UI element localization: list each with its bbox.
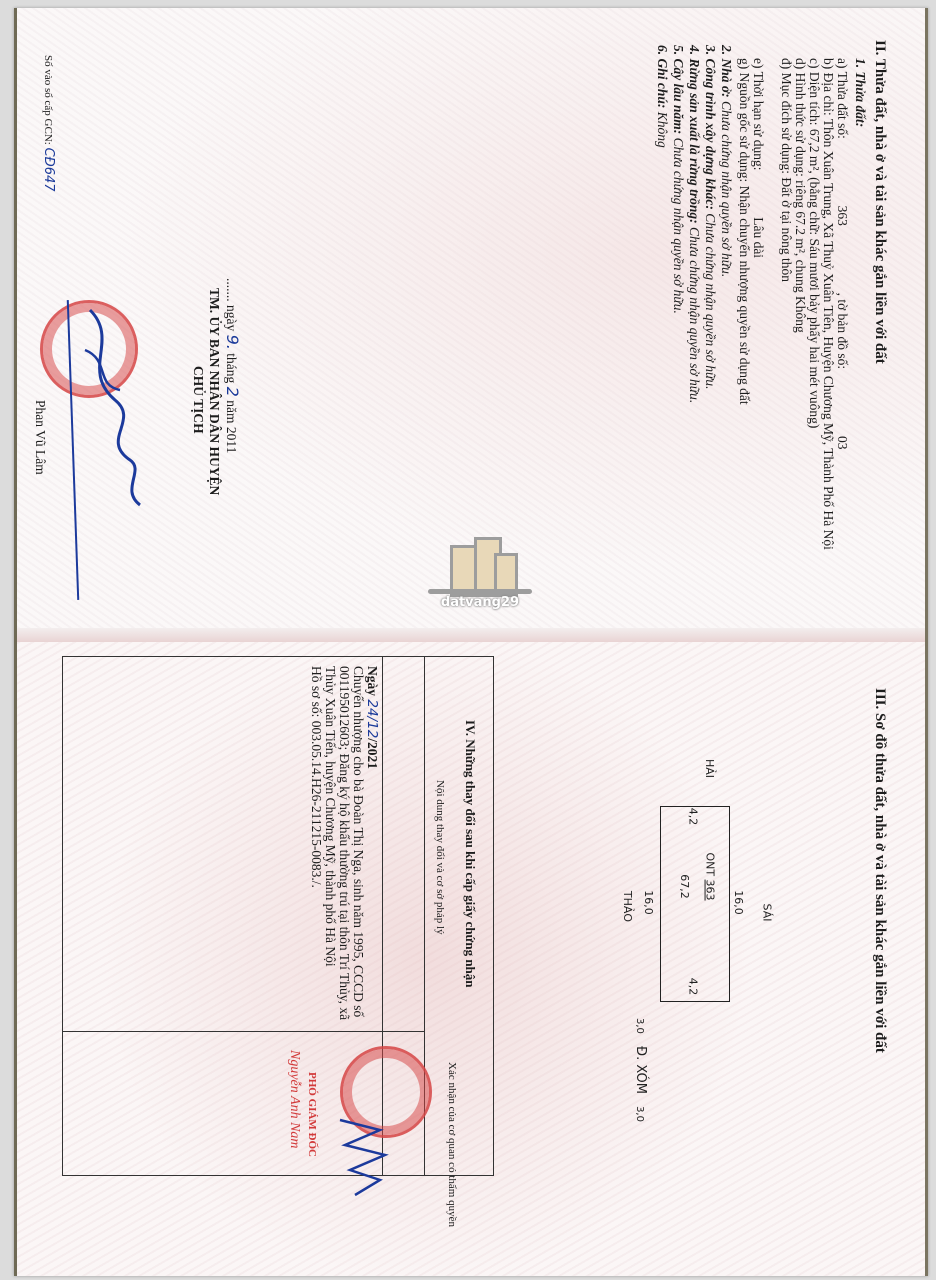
changes-col-header: Nội dung thay đổi và cơ sở pháp lý (434, 780, 446, 935)
section-iv-title: IV. Những thay đổi sau khi cấp giấy chứn… (462, 720, 478, 988)
usage-origin-value: Nhận chuyển nhượng quyền sử dụng đất (737, 186, 752, 405)
issue-month: 2 (223, 387, 242, 397)
section-iii-title: III. Sơ đồ thửa đất, nhà ở và tài sản kh… (871, 688, 888, 1053)
side-top-length: 4,2 (686, 808, 699, 826)
road-width-right: 3,0 (634, 1106, 645, 1122)
perennial-label: 5. Cây lâu năm: (671, 45, 686, 134)
change-line-2: 001195012603; Đăng ký hộ khẩu thường trú… (337, 666, 352, 1020)
change-line-1: Chuyển nhượng cho bà Đoàn Thị Nga, sinh … (351, 666, 366, 1017)
note-label: 6. Ghi chú: (655, 45, 670, 108)
forest-label: 4. Rừng sản xuất là rừng trồng: (687, 45, 702, 224)
issue-day: 9. (223, 335, 242, 350)
map-sheet-value: 03 (835, 436, 850, 450)
address-row: b) Địa chỉ: Thôn Xuân Trung, Xã Thuỷ Xuâ… (821, 58, 836, 550)
road-width-left: 3,0 (634, 1018, 645, 1034)
confirm-col-header: Xác nhận của cơ quan có thẩm quyền (446, 1062, 458, 1227)
watermark-text: datvang29 (426, 595, 534, 610)
forest-row: 4. Rừng sản xuất là rừng trồng: Chưa chứ… (687, 45, 702, 403)
road-label: 3,0 Đ. XÓM 3,0 (633, 1018, 648, 1122)
usage-term-label: e) Thời hạn sử dụng: (751, 58, 766, 170)
change-date-hand: 24/12 (364, 699, 380, 738)
side-right-length: 16,0 (732, 890, 745, 915)
parcel-diagram (660, 806, 730, 1002)
house-row: 2. Nhà ở: Chưa chứng nhận quyền sở hữu. (719, 45, 734, 277)
registry-row: Số vào sổ cấp GCN: CĐ647 (41, 55, 56, 192)
signer-name: Phan Vũ Lâm (33, 400, 48, 475)
parcel-number-value: 363 (835, 206, 850, 226)
signature-deputy-director (330, 1110, 410, 1210)
construction-row: 3. Công trình xây dựng khác: Chưa chứng … (703, 45, 718, 390)
datvang29-watermark: datvang29 (420, 535, 540, 625)
construction-label: 3. Công trình xây dựng khác: (703, 45, 718, 210)
note-value: Không (655, 112, 670, 148)
usage-origin-label: g) Nguồn gốc sử dụng: (737, 58, 752, 182)
parcel-area: 67,2 (678, 874, 691, 899)
house-value: Chưa chứng nhận quyền sở hữu. (719, 101, 734, 277)
side-bottom-length: 4,2 (686, 978, 699, 996)
area-row: c) Diện tích: 67,2 m², (bằng chữ: Sáu mư… (807, 58, 822, 428)
neighbor-east: SÁI (760, 904, 773, 922)
change-date-year: /2021 (365, 738, 380, 769)
change-date-label: Ngày (365, 666, 380, 696)
month-label: tháng (224, 353, 239, 383)
address-value: Thôn Xuân Trung, Xã Thuỷ Xuân Tiên, Huyệ… (821, 119, 836, 550)
road-name: Đ. XÓM (633, 1046, 648, 1094)
neighbor-north: HẢI (703, 759, 716, 778)
section-ii-title: II. Thửa đất, nhà ở và tài sản khác gắn … (871, 40, 888, 364)
registry-label: Số vào sổ cấp GCN: (42, 55, 54, 145)
registry-value: CĐ647 (41, 148, 56, 192)
change-line-3: Thủy Xuân Tiến, huyện Chương Mỹ, thành p… (323, 666, 338, 967)
sub1-title: 1. Thửa đất: (853, 58, 868, 127)
house-label: 2. Nhà ở: (719, 45, 734, 98)
construction-value: Chưa chứng nhận quyền sở hữu. (703, 213, 718, 389)
change-date: Ngày 24/12/2021 (365, 666, 380, 769)
usage-purpose-row: đ) Mục đích sử dụng: Đất ở tại nông thôn (779, 58, 794, 282)
issue-date: ....... ngày 9. tháng 2 năm 2011 (225, 278, 240, 453)
address-label: b) Địa chỉ: (821, 58, 836, 116)
parcel-code: ONT 363 (704, 852, 717, 900)
confirm-title: PHÓ GIÁM ĐỐC (306, 1072, 318, 1157)
usage-term-value: Lâu dài (751, 217, 766, 258)
usage-term-row: e) Thời hạn sử dụng: Lâu dài (751, 58, 766, 258)
usage-origin-row: g) Nguồn gốc sử dụng: Nhận chuyển nhượng… (737, 58, 752, 405)
year-label: năm 2011 (224, 400, 239, 453)
date-prefix: ....... ngày (224, 278, 239, 331)
page-fold (17, 628, 925, 642)
perennial-value: Chưa chứng nhận quyền sở hữu. (671, 138, 686, 314)
issuing-org: TM. ỦY BAN NHÂN DÂN HUYỆN (207, 288, 222, 495)
note-row: 6. Ghi chú: Không (655, 45, 670, 148)
parcel-number-row: a) Thửa đất số: 363 , tờ bản đồ số: 03 (835, 58, 850, 449)
change-line-4: Hồ sơ số: 003.05.14.H26-211215-0083./. (309, 666, 324, 888)
perennial-row: 5. Cây lâu năm: Chưa chứng nhận quyền sở… (671, 45, 686, 314)
signer-position: CHỦ TỊCH (191, 366, 206, 434)
usage-form-row: d) Hình thức sử dụng: riêng 67.2 m², chu… (793, 58, 808, 333)
side-left-length: 16,0 (642, 890, 655, 915)
neighbor-south: THẢO (621, 891, 634, 922)
parcel-number-label: a) Thửa đất số: (835, 58, 850, 139)
forest-value: Chưa chứng nhận quyền sở hữu. (687, 227, 702, 403)
map-sheet-label: , tờ bản đồ số: (835, 293, 850, 370)
confirm-signer: Nguyễn Anh Nam (286, 1050, 302, 1149)
